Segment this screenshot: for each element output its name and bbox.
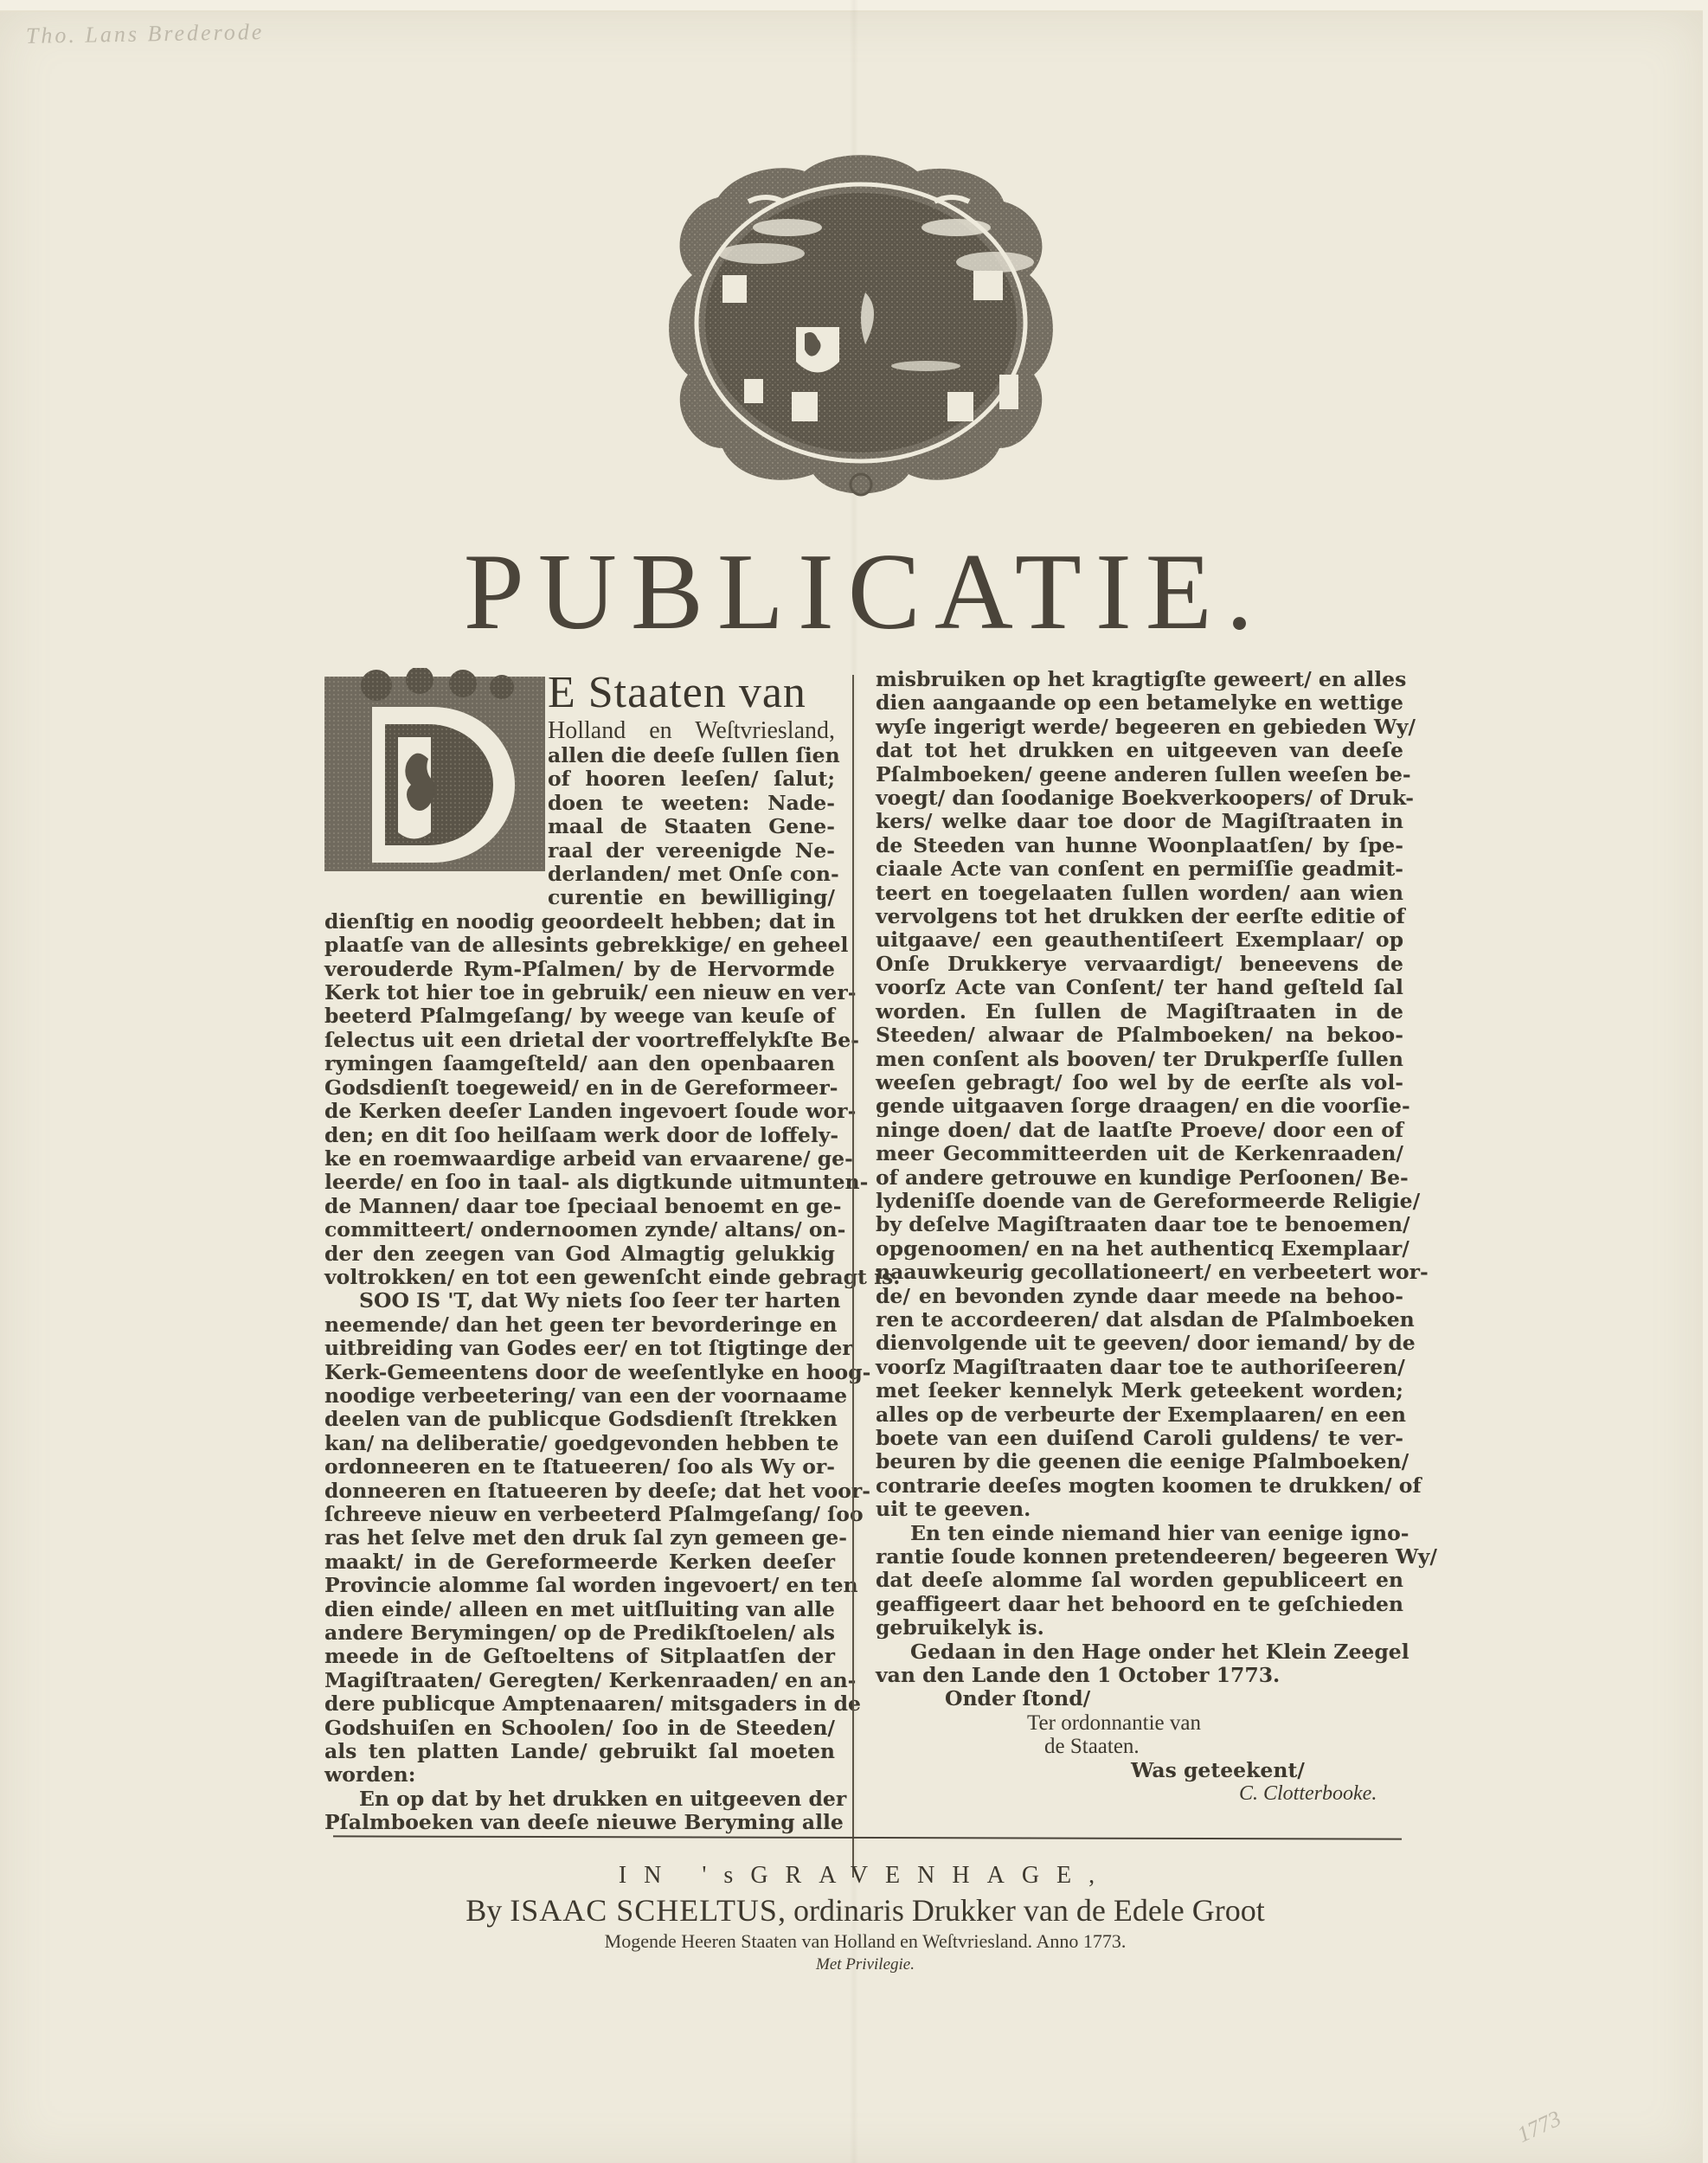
text-line: uitbreiding van Godes eer/ en tot ſtigti…	[324, 1337, 835, 1360]
text-line: Godsdienſt toegeweid/ en in de Gereforme…	[324, 1076, 835, 1100]
text-line: plaatſe van de allesints gebrekkige/ en …	[324, 934, 835, 957]
text-line: voegt/ dan ſoodanige Boekverkoopers/ of …	[876, 786, 1403, 810]
printer-prefix: By	[466, 1893, 502, 1928]
text-line: worden:	[324, 1763, 835, 1787]
text-line: weeſen gebragt/ ſoo wel by de eerſte als…	[876, 1071, 1403, 1094]
text-line: geaffigeert daar het behoord en te geſch…	[876, 1593, 1403, 1616]
staaten-line: de Staaten.	[876, 1735, 1403, 1758]
preamble-paragraph: dienſtig en noodig geoordeelt hebben; da…	[324, 910, 835, 1290]
text-line: leerde/ en ſoo in taal- als digtkunde ui…	[324, 1171, 835, 1194]
text-line: dat tot het drukken en uitgeeven van dee…	[876, 739, 1403, 762]
text-line: beeterd Pſalmgeſang/ by weege van keuſe …	[324, 1004, 835, 1028]
text-line: wyſe ingerigt werde/ begeeren en gebiede…	[876, 716, 1403, 739]
text-line: contrarie deeſes mogten koomen te drukke…	[876, 1474, 1403, 1498]
text-line: gende uitgaaven ſorge draagen/ en die vo…	[876, 1094, 1403, 1118]
text-line: der den zeegen van God Almagtig gelukkig	[324, 1242, 835, 1266]
text-line: teert en toegelaaten ſullen worden/ aan …	[876, 882, 1403, 905]
signature-block: Onder ſtond/ Ter ordonnantie van de Staa…	[876, 1687, 1403, 1806]
text-line: Pſalmboeken/ geene anderen ſullen weeſen…	[876, 763, 1403, 786]
text-line: de Kerken deeſer Landen ingevoert ſoude …	[324, 1100, 835, 1123]
text-line: de Mannen/ daar toe ſpeciaal benoemt en …	[324, 1195, 835, 1218]
printer-name: ISAAC SCHELTUS	[510, 1893, 778, 1928]
text-line: beuren by die geenen die eenige Pſalmboe…	[876, 1450, 1403, 1473]
en-op-dat-paragraph: En op dat by het drukken en uitgeeven de…	[324, 1788, 835, 1835]
continuation-paragraph: misbruiken op het kragtigſte geweert/ en…	[876, 668, 1403, 1522]
text-line: uit te geeven.	[876, 1498, 1403, 1521]
text-line: andere Berymingen/ op de Predikſtoelen/ …	[324, 1621, 835, 1645]
text-line: of hooren leeſen/ ſalut;	[548, 767, 835, 791]
imprint-privilege: Met Privilegie.	[329, 1954, 1402, 1976]
text-line: Gedaan in den Hage onder het Klein Zeege…	[876, 1640, 1403, 1664]
text-line: Magiſtraaten/ Geregten/ Kerkenraaden/ en…	[324, 1669, 835, 1692]
text-line: kers/ welke daar toe door de Magiſtraate…	[876, 810, 1403, 833]
text-line: En op dat by het drukken en uitgeeven de…	[324, 1788, 835, 1811]
text-line: voltrokken/ en tot een gewenſcht einde g…	[324, 1266, 835, 1289]
text-line: ordonneeren en te ſtatueeren/ ſoo als Wy…	[324, 1455, 835, 1479]
text-line: by deſelve Magiſtraaten daar toe te beno…	[876, 1213, 1403, 1236]
text-line: dienvolgende uit te geeven/ door iemand/…	[876, 1332, 1403, 1355]
text-line: ras het ſelve met den druk ſal zyn gemee…	[324, 1526, 835, 1550]
text-line: dere publicque Amptenaaren/ mitsgaders i…	[324, 1692, 835, 1716]
text-line: dienſtig en noodig geoordeelt hebben; da…	[324, 910, 835, 934]
text-line: met ſeeker kennelyk Merk geteekent worde…	[876, 1379, 1403, 1402]
text-line: Steeden/ alwaar de Pſalmboeken/ na bekoo…	[876, 1024, 1403, 1047]
gedaan-paragraph: Gedaan in den Hage onder het Klein Zeege…	[876, 1640, 1403, 1688]
text-line: committeert/ ondernoomen zynde/ altans/ …	[324, 1218, 835, 1242]
text-line: maal de Staaten Gene-	[548, 815, 835, 838]
text-line: meede in de Geſtoeltens of Sitplaatſen d…	[324, 1645, 835, 1668]
text-line: kan/ na deliberatie/ goedgevonden hebben…	[324, 1432, 835, 1455]
text-line: maakt/ in de Gereformeerde Kerken deeſer	[324, 1550, 835, 1574]
text-line: den; en dit ſoo heilſaam werk door de lo…	[324, 1124, 835, 1147]
dropcap-d-lion-icon	[324, 668, 545, 876]
text-line: dat deeſe alomme ſal worden gepubliceert…	[876, 1569, 1403, 1592]
text-line: als ten platten Lande/ gebruikt ſal moet…	[324, 1740, 835, 1763]
text-line: SOO IS 'T, dat Wy niets ſoo ſeer ter har…	[324, 1289, 835, 1313]
text-line: dien aangaande op een betamelyke en wett…	[876, 691, 1403, 715]
imprint-city: IN 'sGRAVENHAGE,	[329, 1860, 1402, 1891]
text-line: curentie en bewilliging/	[548, 886, 835, 909]
text-line: de/ en bevonden zynde daar meede na beho…	[876, 1285, 1403, 1308]
text-line: ke en roemwaardige arbeid van ervaarene/…	[324, 1147, 835, 1171]
text-line: raal der vereenigde Ne-	[548, 839, 835, 863]
text-line: men conſent als booven/ ter Drukperſſe ſ…	[876, 1048, 1403, 1071]
ordonnantie-line: Ter ordonnantie van	[876, 1711, 1403, 1735]
coat-of-arms-seal-icon	[658, 145, 1064, 509]
text-line: rymingen ſaamgeſteld/ aan den openbaaren	[324, 1052, 835, 1075]
text-line: of andere getrouwe en kundige Perſoonen/…	[876, 1166, 1403, 1190]
text-line: doen te weeten: Nade-	[548, 792, 835, 815]
text-line: donneeren en ſtatueeren by deeſe; dat he…	[324, 1479, 835, 1503]
signatory-name: C. Clotterbooke.	[876, 1782, 1403, 1806]
text-line: boete van een duiſend Caroli guldens/ te…	[876, 1427, 1403, 1450]
text-line: ſchreeve nieuw en verbeeterd Pſalmgeſang…	[324, 1503, 835, 1526]
text-line: noodige verbeetering/ van een der voorna…	[324, 1384, 835, 1408]
opening-subline: Holland en Weſtvriesland,	[548, 718, 835, 744]
printer-suffix: , ordinaris Drukker van de Edele Groot	[778, 1893, 1265, 1928]
page-title: PUBLICATIE.	[329, 532, 1402, 653]
text-line: de Steeden van hunne Woonplaatſen/ by ſp…	[876, 834, 1403, 857]
was-geteekent: Was geteekent/	[876, 1759, 1403, 1782]
text-line: allen die deeſe ſullen ſien	[548, 744, 835, 767]
text-line: Provincie alomme ſal worden ingevoert/ e…	[324, 1574, 835, 1597]
text-line: verouderde Rym-Pſalmen/ by de Hervormde	[324, 958, 835, 981]
text-line: Pſalmboeken van deeſe nieuwe Beryming al…	[324, 1811, 835, 1834]
text-line: voorſz Acte van Conſent/ ter hand geſtel…	[876, 976, 1403, 999]
sooist-paragraph: SOO IS 'T, dat Wy niets ſoo ſeer ter har…	[324, 1289, 835, 1788]
text-line: misbruiken op het kragtigſte geweert/ en…	[876, 668, 1403, 691]
text-line: ren te accordeeren/ dat alsdan de Pſalmb…	[876, 1308, 1403, 1332]
onder-stond: Onder ſtond/	[876, 1687, 1403, 1711]
text-line: En ten einde niemand hier van eenige ign…	[876, 1522, 1403, 1545]
text-line: naauwkeurig gecollationeert/ en verbeete…	[876, 1261, 1403, 1284]
text-line: deelen van de publicque Godsdienſt ſtrek…	[324, 1408, 835, 1431]
text-line: gebruikelyk is.	[876, 1616, 1403, 1640]
text-line: vervolgens tot het drukken der eerſte ed…	[876, 905, 1403, 928]
imprint-line-3: Mogende Heeren Staaten van Holland en We…	[329, 1929, 1402, 1954]
text-line: dien einde/ alleen en met uitſluiting va…	[324, 1598, 835, 1621]
text-line: neemende/ dan het geen ter bevorderinge …	[324, 1313, 835, 1337]
text-line: ciaale Acte van conſent en permiſſie gea…	[876, 857, 1403, 881]
ignorantie-paragraph: En ten einde niemand hier van eenige ign…	[876, 1522, 1403, 1640]
text-line: meer Gecommitteerden uit de Kerkenraaden…	[876, 1142, 1403, 1165]
text-line: ſelectus uit een drietal der voortreffel…	[324, 1029, 835, 1052]
text-line: Kerk-Gemeentens door de weeſentlyke en h…	[324, 1361, 835, 1384]
text-line: worden. En ſullen de Magiſtraaten in de	[876, 1000, 1403, 1024]
imprint-printer: By ISAAC SCHELTUS, ordinaris Drukker van…	[329, 1891, 1402, 1929]
text-line: uitgaave/ een geauthentiſeert Exemplaar/…	[876, 928, 1403, 952]
column-divider	[852, 675, 854, 1877]
printer-imprint: IN 'sGRAVENHAGE, By ISAAC SCHELTUS, ordi…	[329, 1860, 1402, 1976]
text-line: lydeniſſe doende van de Gereformeerde Re…	[876, 1190, 1403, 1213]
text-line: alles op de verbeurte der Exemplaaren/ e…	[876, 1403, 1403, 1427]
text-line: Kerk tot hier toe in gebruik/ een nieuw …	[324, 981, 835, 1004]
text-line: Godshuiſen en Schoolen/ ſoo in de Steede…	[324, 1717, 835, 1740]
text-line: voorſz Magiſtraaten daar toe te authoriſ…	[876, 1356, 1403, 1379]
left-column: E Staaten van Holland en Weſtvriesland, …	[324, 668, 835, 1835]
text-line: derlanden/ met Onſe con-	[548, 863, 835, 886]
date-line: van den Lande den 1 October 1773.	[876, 1664, 1403, 1687]
opening-line: E Staaten van	[548, 668, 835, 718]
text-line: rantie ſoude konnen pretendeeren/ begeer…	[876, 1545, 1403, 1569]
right-column: misbruiken op het kragtigſte geweert/ en…	[876, 668, 1403, 1807]
text-line: opgenoomen/ en na het authenticq Exempla…	[876, 1237, 1403, 1261]
text-line: ninge doen/ dat de laatſte Proeve/ door …	[876, 1119, 1403, 1142]
text-line: Onſe Drukkerye vervaardigt/ beneevens de	[876, 953, 1403, 976]
